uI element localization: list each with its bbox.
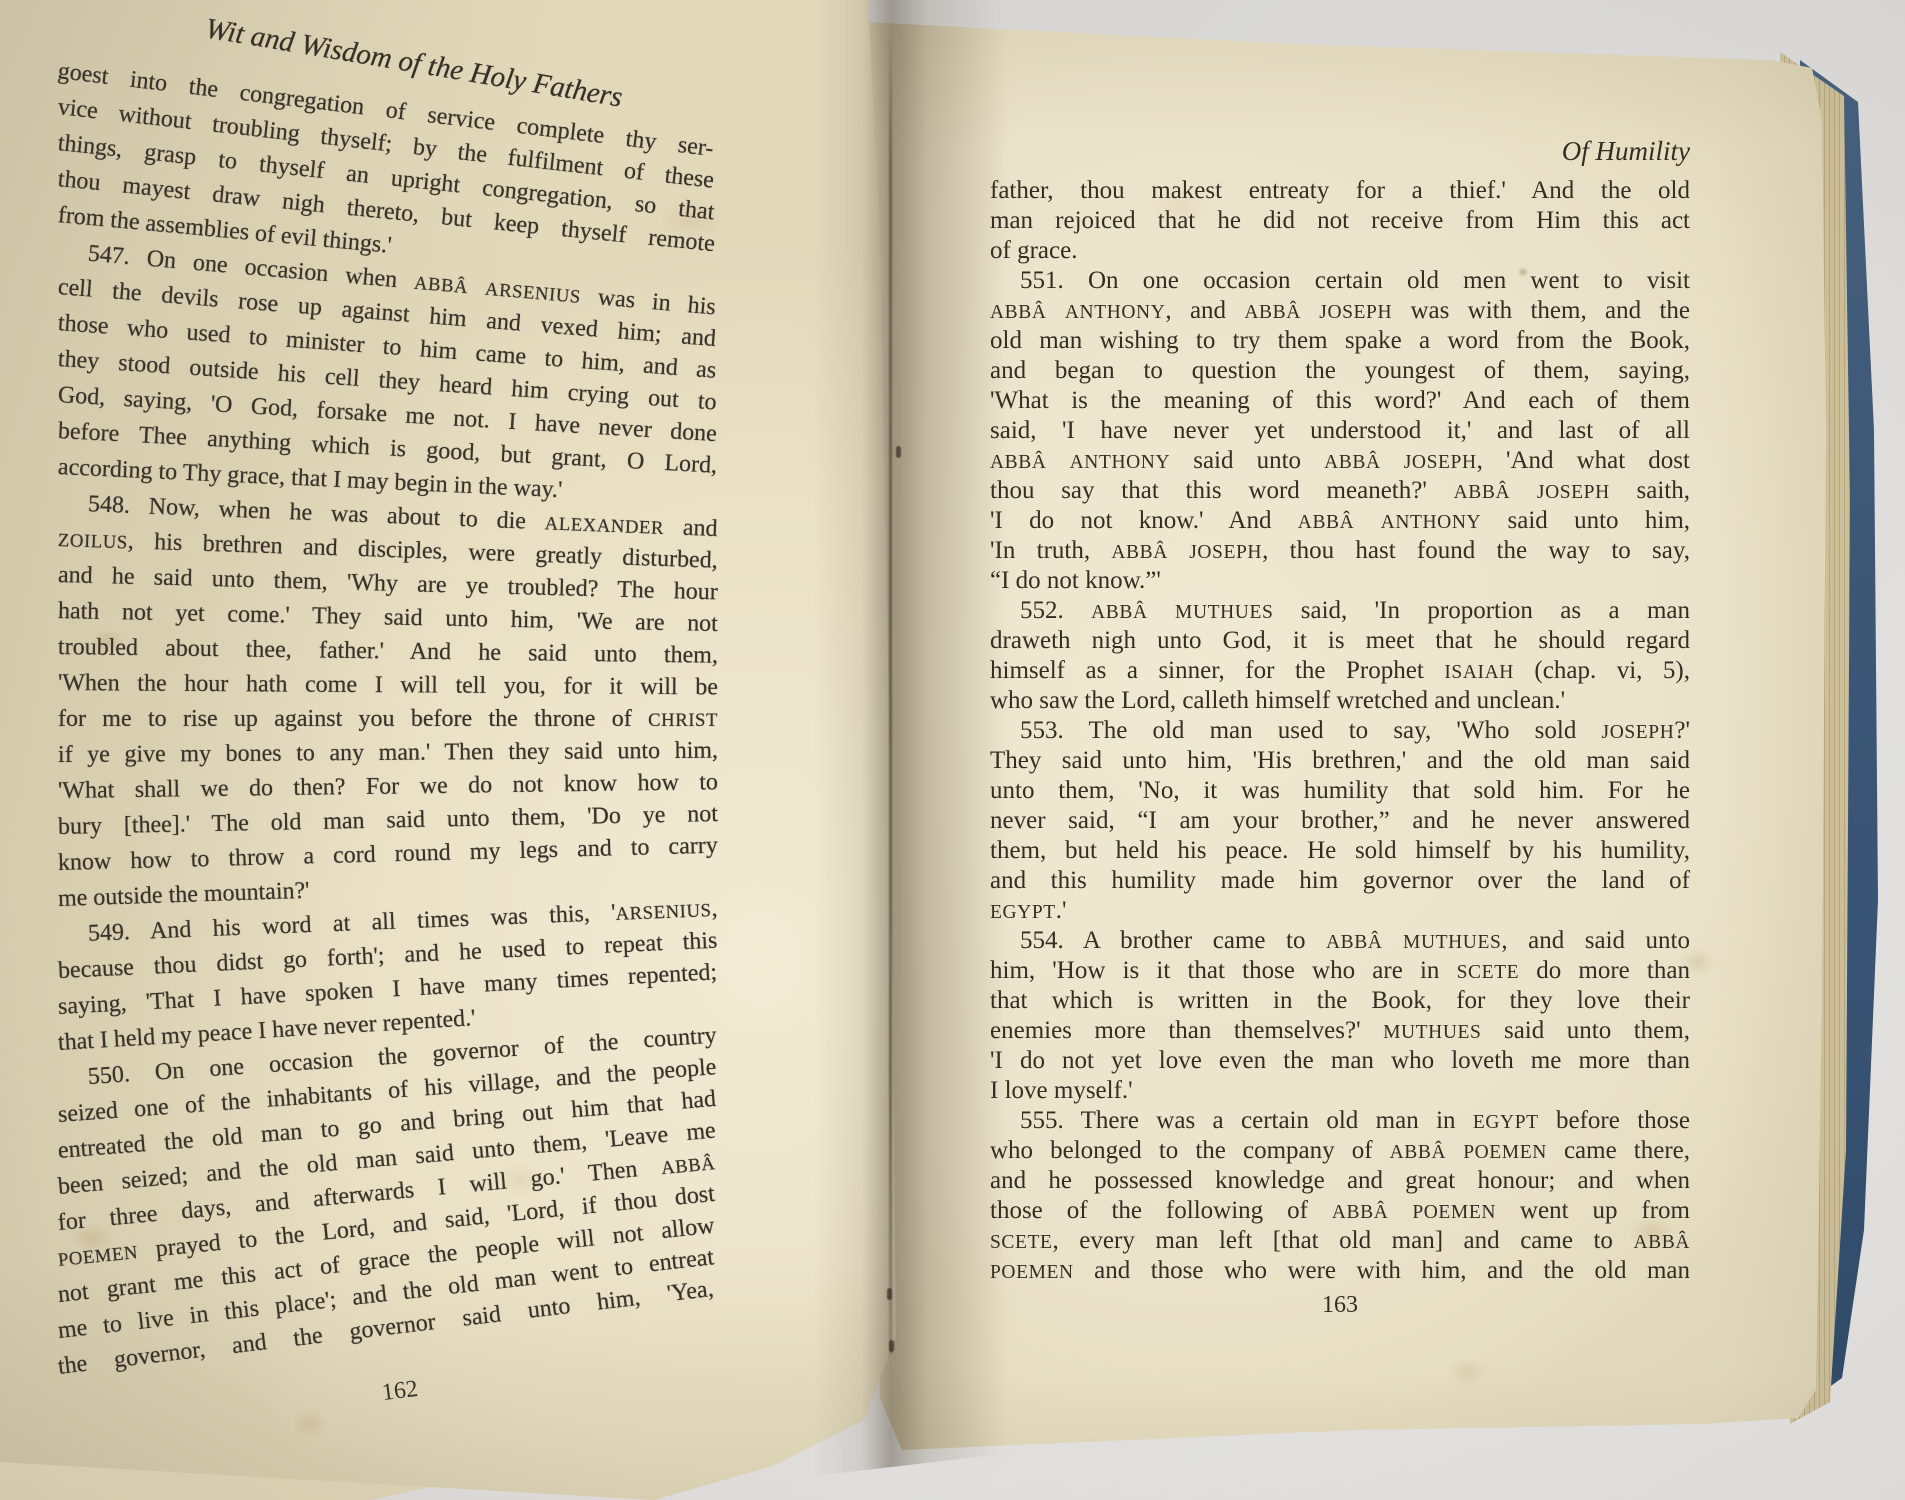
book-photo: { "book": { "left_page": { "header": "Wi…	[0, 0, 1905, 1500]
